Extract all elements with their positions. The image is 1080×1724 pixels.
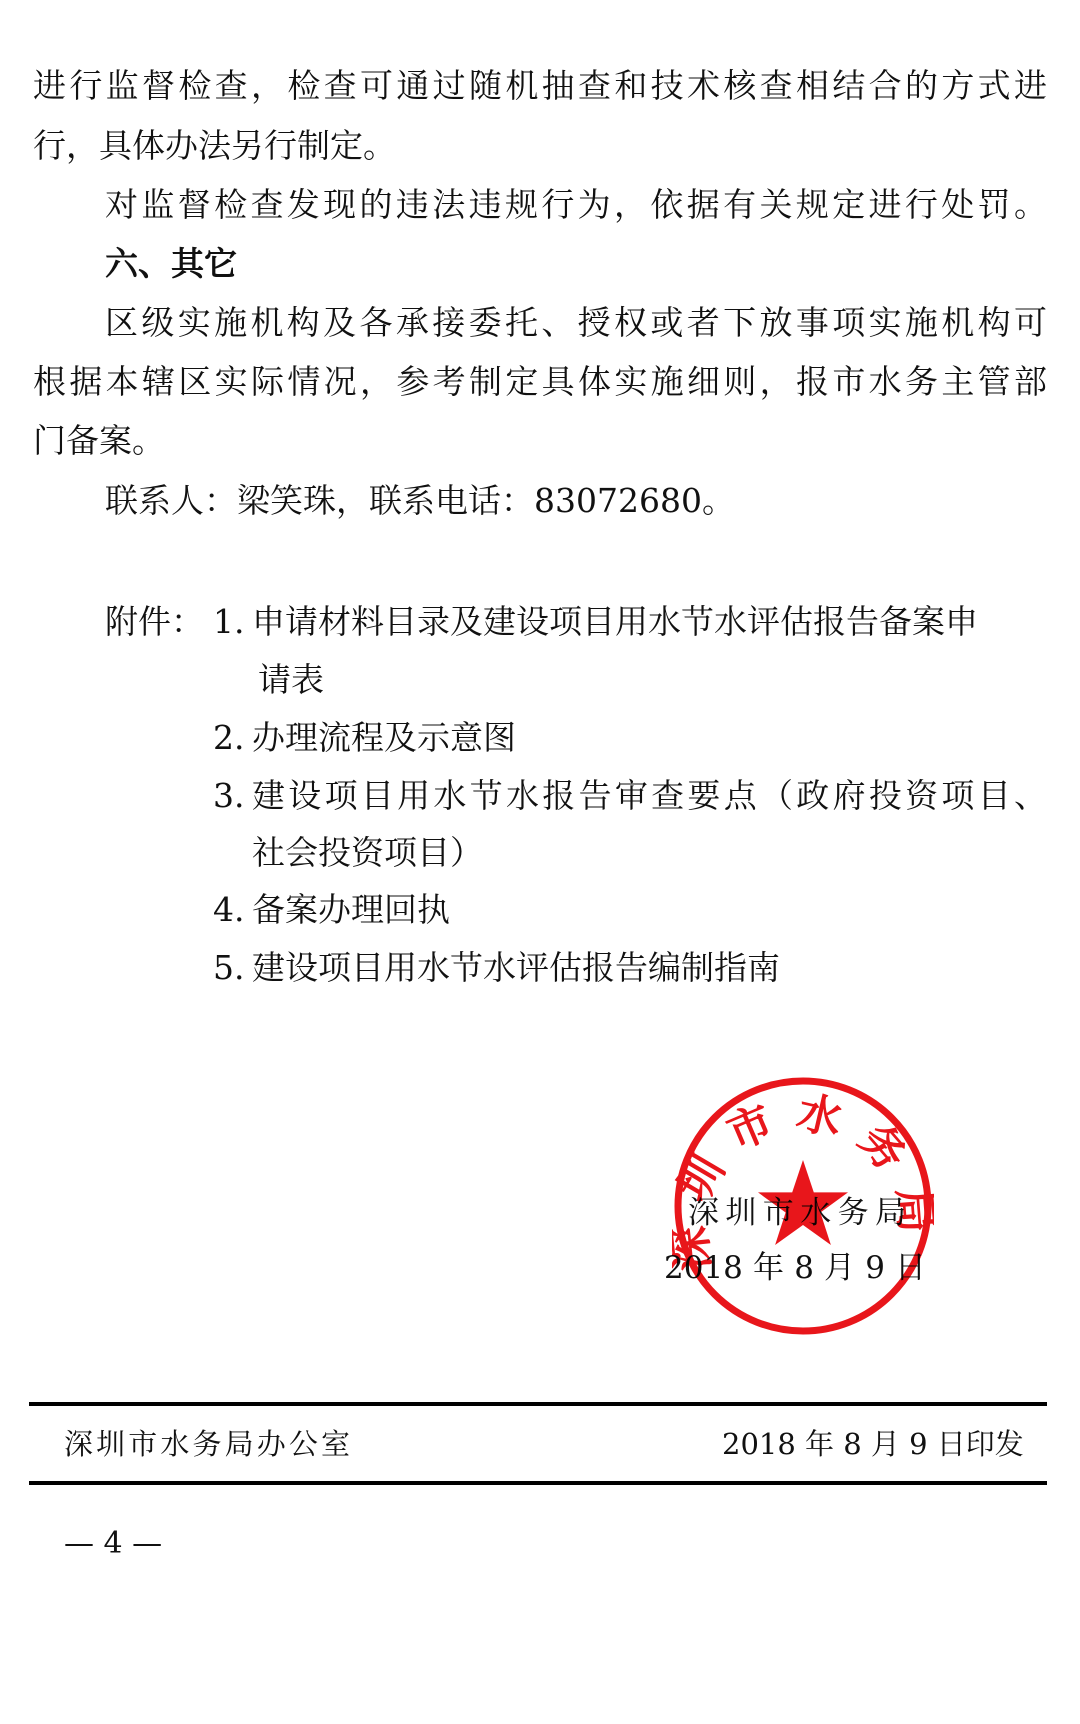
signature-date: 2018 年 8 月 9 日 [664,1248,926,1288]
attachments-label: 附件： [105,602,204,642]
footer-issuer: 深圳市水务局办公室 [64,1426,350,1462]
paragraph-3-line-3: 门备案。 [33,421,165,461]
paragraph-1-line-1: 进行监督检查，检查可通过随机抽查和技术核查相结合的方式进 [33,66,1047,106]
footer-issue-date: 2018 年 8 月 9 日印发 [722,1426,1014,1462]
document-page: 进行监督检查，检查可通过随机抽查和技术核查相结合的方式进 行，具体办法另行制定。… [0,0,1080,1724]
footer-bottom-rule [29,1481,1047,1485]
attachment-5-line-1: 建设项目用水节水评估报告编制指南 [252,948,780,988]
attachment-5-number: 5. [213,948,245,988]
paragraph-3-line-2: 根据本辖区实际情况，参考制定具体实施细则，报市水务主管部 [33,362,1047,402]
signature-organization: 深圳市水务局 [688,1193,906,1233]
seal-text: 深圳市水务局 [672,1087,934,1273]
attachment-1-number: 1. [213,602,245,642]
attachment-3-line-1: 建设项目用水节水报告审查要点（政府投资项目、 [252,776,1047,816]
footer-top-rule [29,1402,1047,1406]
attachment-4-number: 4. [213,890,245,930]
attachment-1-line-1: 申请材料目录及建设项目用水节水评估报告备案申 [252,602,932,642]
page-number: — 4 — [64,1526,162,1562]
paragraph-2: 对监督检查发现的违法违规行为，依据有关规定进行处罚。 [105,185,1047,225]
attachment-4-line-1: 备案办理回执 [252,890,450,930]
attachment-3-number: 3. [213,776,245,816]
attachment-1-line-2: 请表 [258,660,324,700]
attachment-2-line-1: 办理流程及示意图 [252,718,516,758]
contact-line: 联系人：梁笑珠，联系电话：83072680。 [105,481,735,521]
attachment-3-line-2: 社会投资项目） [252,833,483,873]
attachment-2-number: 2. [213,718,245,758]
section-heading: 六、其它 [105,244,237,284]
paragraph-3-line-1: 区级实施机构及各承接委托、授权或者下放事项实施机构可 [105,303,1047,343]
paragraph-1-line-2: 行，具体办法另行制定。 [33,126,396,166]
